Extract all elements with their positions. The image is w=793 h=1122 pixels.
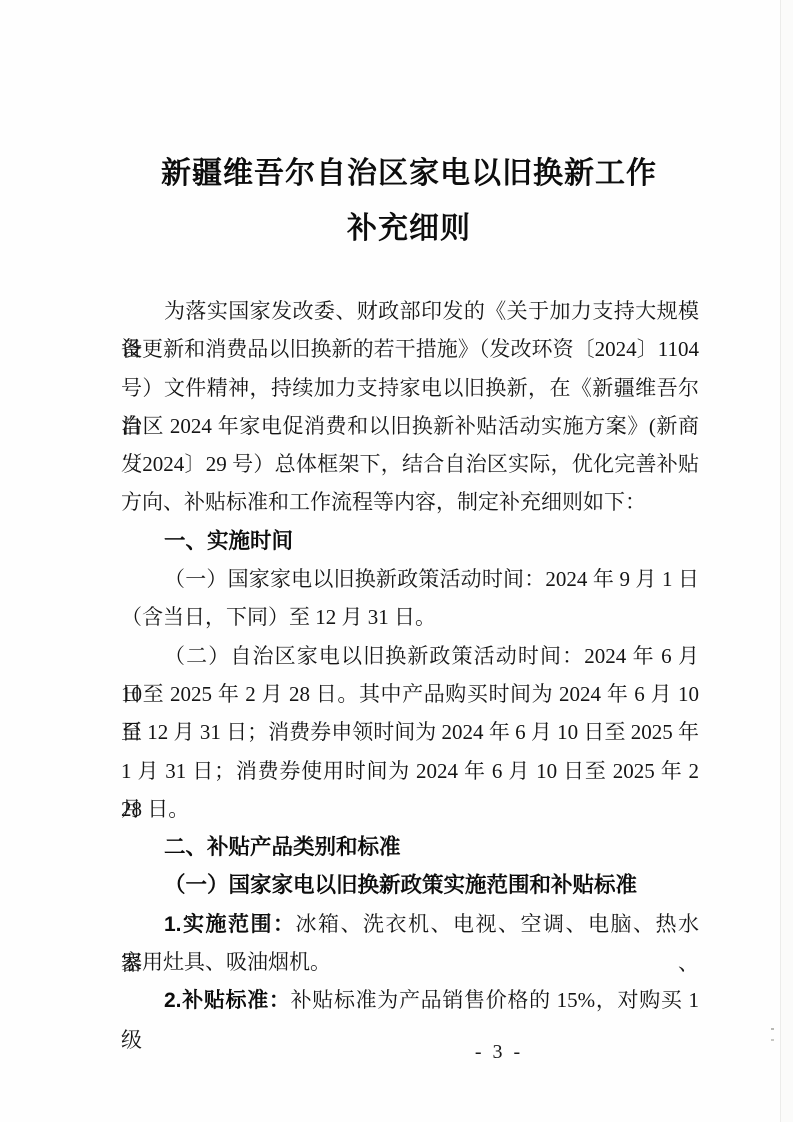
- document-line: 1.实施范围：冰箱、洗衣机、电视、空调、电脑、热水器、: [121, 905, 699, 943]
- document-line: 28 日。: [121, 790, 699, 828]
- document-line: 日至 2025 年 2 月 28 日。其中产品购买时间为 2024 年 6 月 …: [121, 675, 699, 713]
- document-line: （二）自治区家电以旧换新政策活动时间：2024 年 6 月 10: [121, 637, 699, 675]
- document-line: 〔2024〕29 号）总体框架下，结合自治区实际，优化完善补贴: [121, 445, 699, 483]
- document-title: 新疆维吾尔自治区家电以旧换新工作 补充细则: [120, 146, 698, 256]
- document-line: 方向、补贴标准和工作流程等内容，制定补充细则如下：: [121, 483, 699, 521]
- document-line: 1 月 31 日；消费券使用时间为 2024 年 6 月 10 日至 2025 …: [121, 752, 699, 790]
- document-line: 号）文件精神，持续加力支持家电以旧换新，在《新疆维吾尔自: [121, 369, 699, 407]
- document-line: （一）国家家电以旧换新政策实施范围和补贴标准: [121, 866, 699, 904]
- line-lead-bold: 2.补贴标准：: [164, 989, 291, 1012]
- document-line: 2.补贴标准：补贴标准为产品销售价格的 15%，对购买 1 级: [121, 981, 699, 1019]
- document-line: 至 12 月 31 日；消费券申领时间为 2024 年 6 月 10 日至 20…: [121, 713, 699, 751]
- document-line: 一、实施时间: [121, 522, 699, 560]
- document-page: 新疆维吾尔自治区家电以旧换新工作 补充细则 为落实国家发改委、财政部印发的《关于…: [0, 0, 793, 1122]
- document-line: 二、补贴产品类别和标准: [121, 828, 699, 866]
- line-lead-bold: 1.实施范围：: [164, 913, 296, 936]
- page-number: - 3 -: [120, 1041, 698, 1064]
- document-line: （含当日，下同）至 12 月 31 日。: [121, 598, 699, 636]
- scan-speck-artifact: [771, 1028, 774, 1041]
- document-title-line-2: 补充细则: [120, 201, 698, 256]
- document-line: （一）国家家电以旧换新政策活动时间：2024 年 9 月 1 日: [121, 560, 699, 598]
- document-title-line-1: 新疆维吾尔自治区家电以旧换新工作: [120, 146, 698, 201]
- scan-edge-artifact: [780, 0, 793, 1122]
- document-body: 为落实国家发改委、财政部印发的《关于加力支持大规模设备更新和消费品以旧换新的若干…: [121, 292, 699, 1020]
- document-line: 备更新和消费品以旧换新的若干措施》（发改环资〔2024〕1104: [121, 330, 699, 368]
- document-line: 治区 2024 年家电促消费和以旧换新补贴活动实施方案》(新商发: [121, 407, 699, 445]
- document-line: 为落实国家发改委、财政部印发的《关于加力支持大规模设: [121, 292, 699, 330]
